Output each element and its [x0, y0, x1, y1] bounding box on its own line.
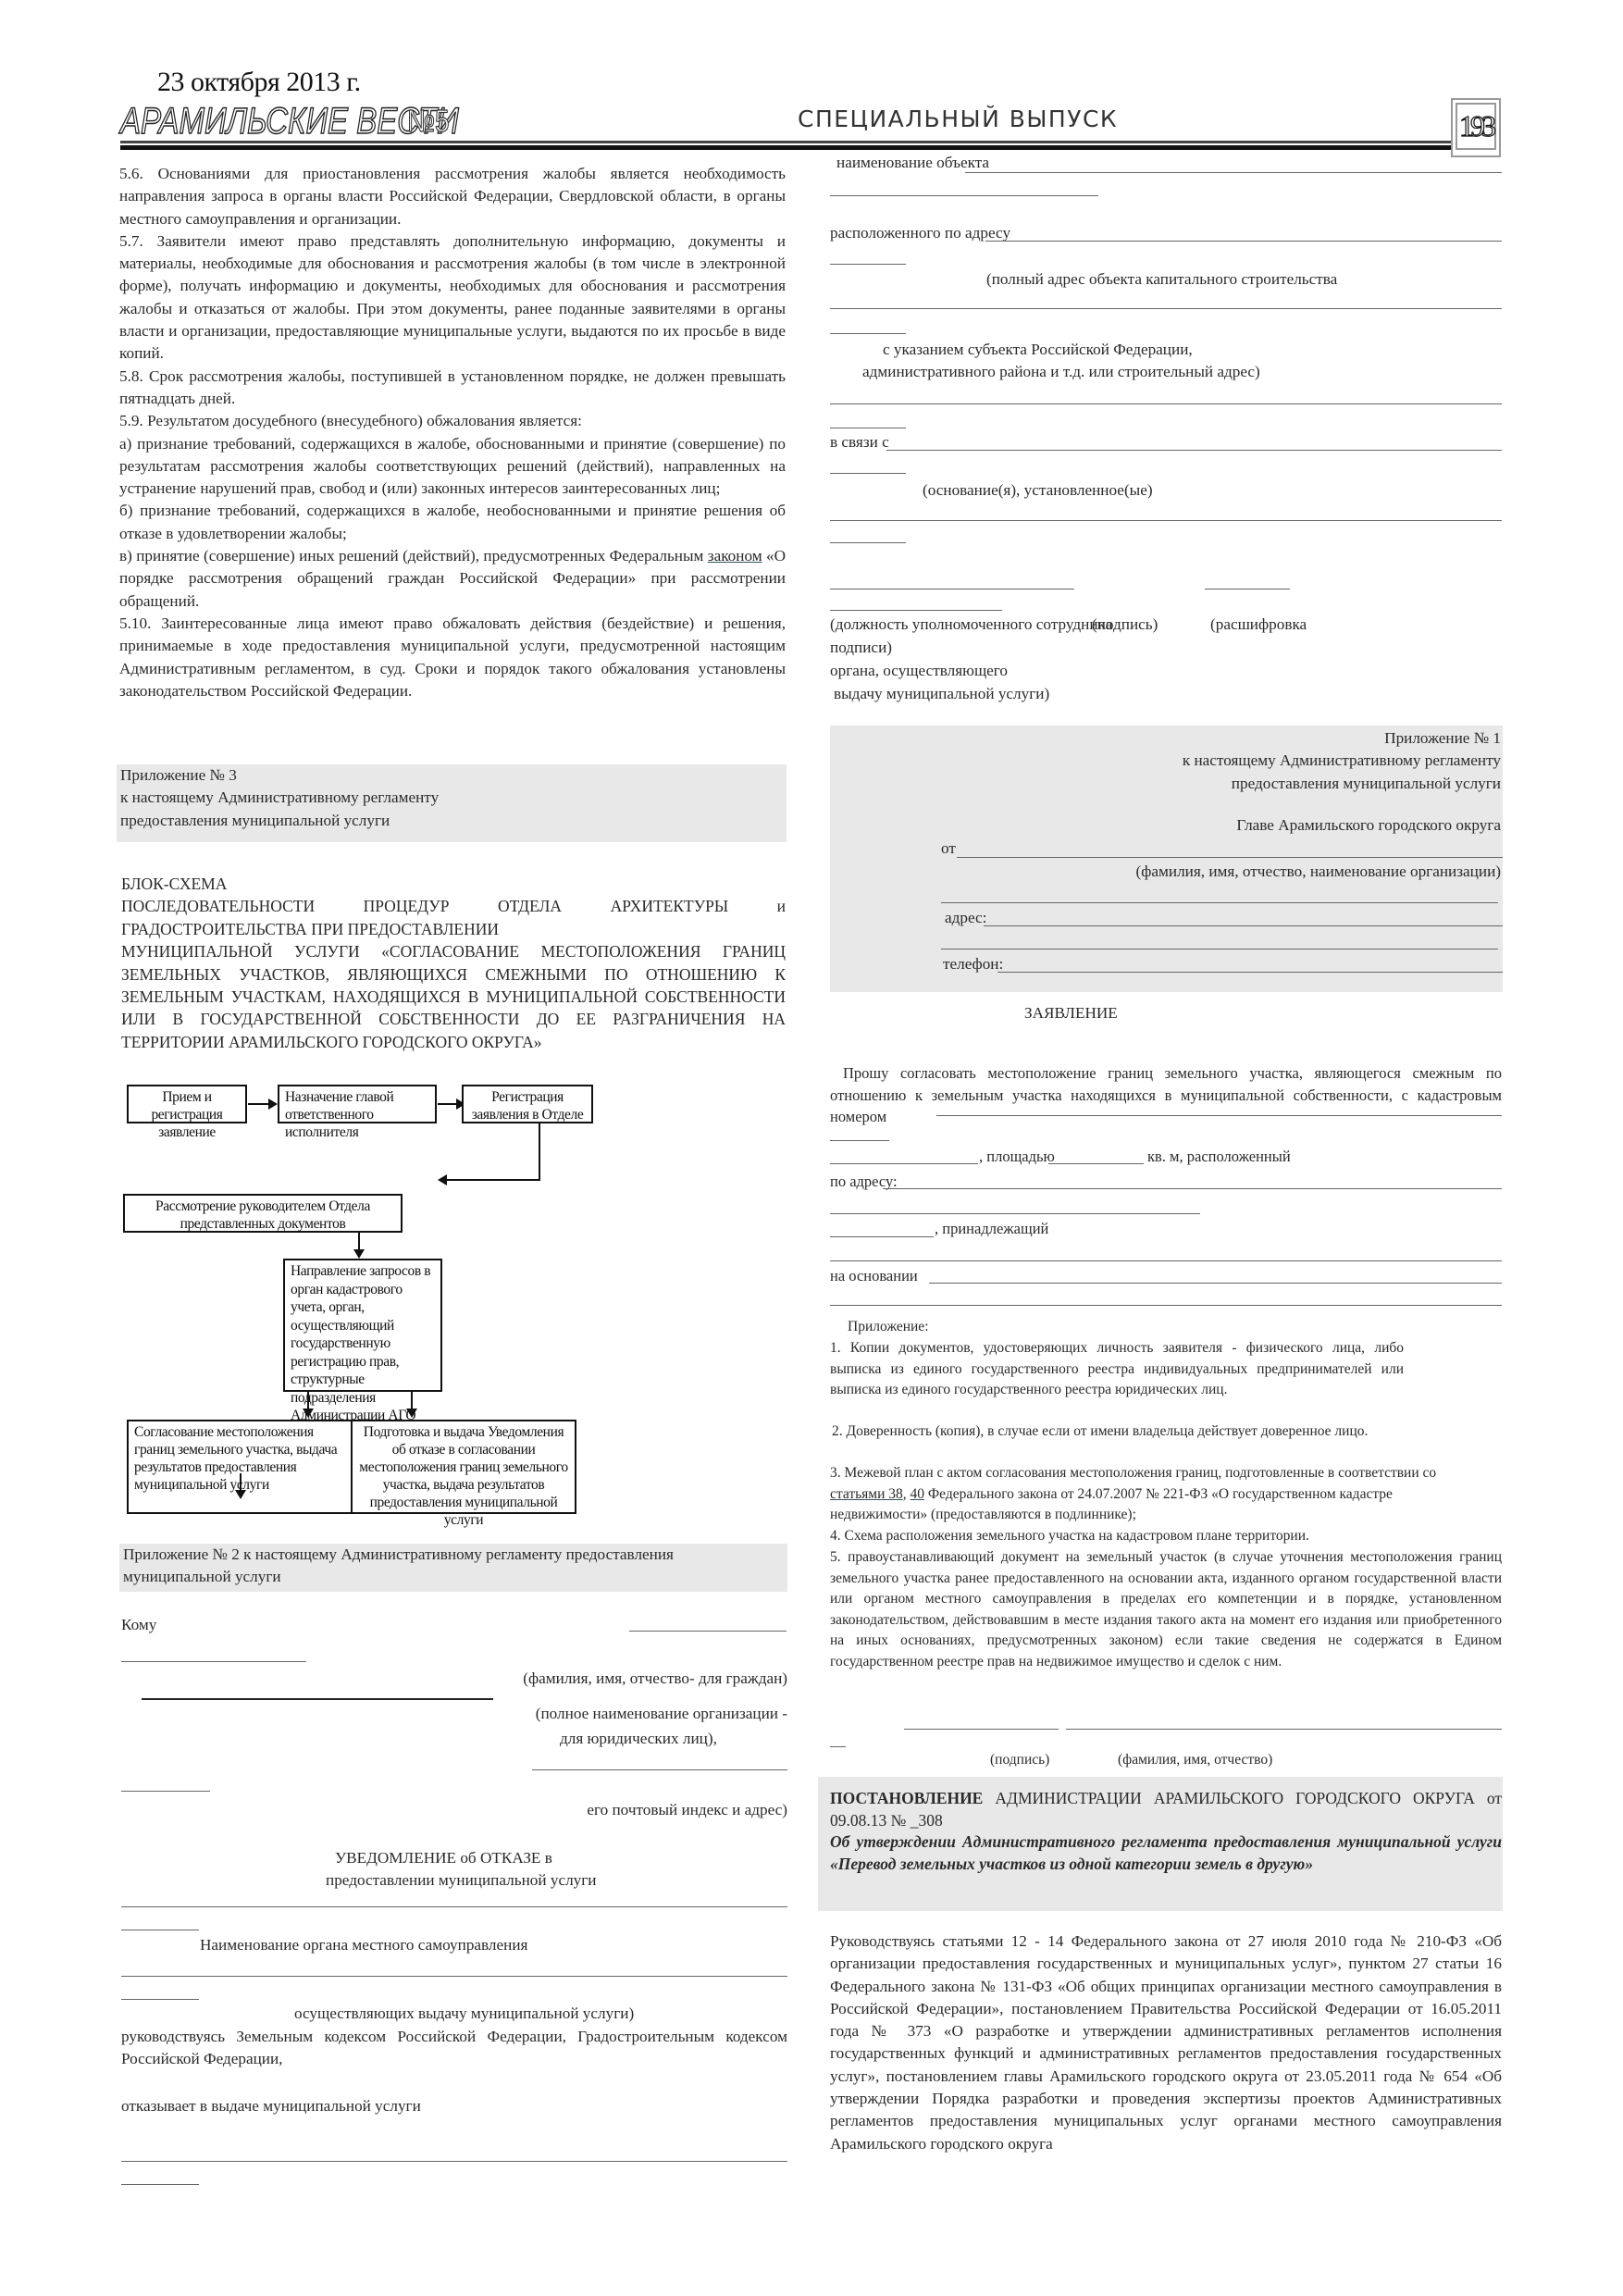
law-link[interactable]: законом: [708, 547, 762, 565]
flow-step-requests: Направление запросов в орган кадастровог…: [283, 1259, 442, 1392]
guided-by-text: руководствуясь Земельным кодексом Россий…: [121, 2026, 787, 2071]
arrow-left-icon: [438, 1174, 447, 1185]
blank-line: [121, 1930, 199, 1930]
blank-line: [830, 542, 906, 543]
fio-field[interactable]: [1066, 1729, 1502, 1730]
paragraph-5-9: 5.9. Результатом досудебного (внесудебно…: [119, 410, 786, 432]
page-number-box: 193: [1451, 98, 1501, 157]
blank-line: [965, 172, 1502, 173]
addressee: Главе Арамильского городского округа: [830, 814, 1501, 837]
flow-step-assign: Назначение главой ответственного исполни…: [278, 1085, 437, 1123]
flow-step-approve: Согласование местоположения границ земел…: [127, 1420, 353, 1514]
block-scheme-title: БЛОК-СХЕМА ПОСЛЕДОВАТЕЛЬНОСТИ ПРОЦЕДУР О…: [121, 873, 786, 1053]
request-text: Прошу согласовать местоположение границ …: [830, 1062, 1502, 1128]
issue-date: 23 октября 2013 г.: [157, 67, 361, 98]
from-label: от: [941, 838, 956, 860]
by-address-label: по адресу:: [830, 1171, 898, 1193]
note-fio: (фамилия, имя, отчество- для граждан): [121, 1668, 787, 1690]
address-note-2: с указанием субъекта Российской Федераци…: [883, 339, 1193, 361]
attachment-3-text: 3. Межевой план с актом согласования мес…: [830, 1465, 1436, 1481]
complaint-section: 5.6. Основаниями для приостановления рас…: [119, 163, 786, 702]
appendix-3-line: предоставления муниципальной услуги: [120, 810, 783, 832]
connector: [358, 1233, 360, 1251]
blank-line: [830, 1140, 889, 1141]
attachment-4: 4. Схема расположения земельного участка…: [830, 1526, 1502, 1547]
arrow-down-icon: [406, 1409, 417, 1418]
flowchart: Прием и регистрация заявление Назначение…: [121, 1083, 787, 1508]
blank-line[interactable]: [941, 902, 1498, 903]
address-field[interactable]: [984, 925, 1503, 926]
address-note: (полный адрес объекта капитального строи…: [986, 268, 1337, 291]
blank-line: [121, 1661, 306, 1662]
blank-line[interactable]: [830, 1236, 934, 1237]
note-org: (полное наименование организации -: [121, 1703, 787, 1725]
area-field[interactable]: [1048, 1163, 1144, 1164]
flow-step-register: Регистрация заявления в Отделе: [462, 1085, 593, 1123]
address-field[interactable]: [883, 1188, 1502, 1189]
arrow: [438, 1103, 458, 1105]
blank-line: [142, 1698, 493, 1700]
object-name-label: наименование объекта: [836, 152, 989, 174]
header-rule: [120, 141, 1453, 143]
arrow-down-icon: [303, 1409, 314, 1418]
decree-type: ПОСТАНОВЛЕНИЕ: [830, 1789, 983, 1807]
blank-line: [121, 1999, 199, 2000]
flow-step-receipt: Прием и регистрация заявление: [127, 1085, 247, 1123]
appendix-3-heading: Приложение № 3 к настоящему Администрати…: [117, 764, 787, 842]
statement-title: ЗАЯВЛЕНИЕ: [1024, 1002, 1118, 1024]
signature-line: [830, 589, 1074, 590]
connector: [539, 1123, 540, 1181]
paragraph-5-7: 5.7. Заявители имеют право представлять …: [119, 230, 786, 366]
attachment-3: 3. Межевой план с актом согласования мес…: [830, 1463, 1478, 1526]
blank-line: [830, 333, 906, 334]
from-field[interactable]: [957, 857, 1503, 858]
article-38-link[interactable]: статьями 38: [830, 1486, 903, 1502]
decree-subject: Об утверждении Административного регламе…: [830, 1831, 1502, 1875]
attachment-5: 5. правоустанавливающий документ на земе…: [830, 1547, 1502, 1672]
blank-line[interactable]: [941, 949, 1498, 949]
org-note: осуществляющих выдачу муниципальной услу…: [294, 2003, 634, 2025]
article-40-link[interactable]: 40: [911, 1486, 925, 1502]
grounds-note: (основание(я), установленное(ые): [923, 479, 1153, 502]
refuses-text: отказывает в выдаче муниципальной услуги: [121, 2095, 421, 2117]
blank-line: [886, 450, 1502, 451]
arrow-down-icon: [235, 1490, 246, 1499]
signature-field[interactable]: [904, 1729, 1059, 1730]
signature-line: [830, 610, 1002, 611]
scheme-subtitle: ПОСЛЕДОВАТЕЛЬНОСТИ ПРОЦЕДУР ОТДЕЛА АРХИТ…: [121, 895, 786, 940]
blank-line[interactable]: [830, 1305, 1502, 1306]
blank-line: [830, 473, 906, 474]
appendix-1-line: к настоящему Административному регламент…: [830, 750, 1501, 772]
sig-decode-2: подписи): [830, 637, 892, 659]
appendix-1-heading: Приложение № 1 к настоящему Администрати…: [830, 727, 1501, 795]
sig-position: (должность уполномоченного сотрудника: [830, 614, 1112, 636]
blank-line: [121, 1906, 787, 1907]
blank-line: [985, 241, 1502, 242]
blank-line[interactable]: [830, 1213, 1200, 1214]
blank-line: [830, 264, 906, 265]
blank-line: [830, 428, 906, 428]
blank-line: [532, 1769, 787, 1770]
connector: [307, 1392, 309, 1410]
appendix-2-heading: Приложение № 2 к настоящему Администрати…: [119, 1544, 787, 1592]
sqm-label: кв. м, расположенный: [1147, 1146, 1291, 1168]
header-rule-thick: [120, 145, 1453, 150]
blank-line: [830, 308, 1502, 309]
sig-signature: (подпись): [1092, 614, 1158, 636]
blank-line: [830, 195, 1098, 196]
appendix-3-title: Приложение № 3: [120, 764, 783, 787]
to-label: Кому: [121, 1614, 156, 1636]
paragraph-5-6: 5.6. Основаниями для приостановления рас…: [119, 163, 786, 230]
attachment-2: 2. Доверенность (копия), в случае если о…: [832, 1421, 1387, 1443]
note-org-2: для юридических лиц),: [560, 1728, 717, 1750]
cadastral-number-field[interactable]: [936, 1115, 1502, 1116]
paragraph-5-10: 5.10. Заинтересованные лица имеют право …: [119, 613, 786, 702]
basis-field[interactable]: [929, 1283, 1502, 1284]
blank-line: [121, 1976, 787, 1977]
area-label: , площадью: [979, 1146, 1055, 1168]
decree-body: Руководствуясь статьями 12 - 14 Федераль…: [830, 1930, 1502, 2155]
from-note: (фамилия, имя, отчество, наименование ор…: [830, 861, 1501, 883]
blank-line[interactable]: [830, 1163, 978, 1164]
belonging-label: , принадлежащий: [935, 1218, 1048, 1240]
arrow: [248, 1103, 270, 1105]
notice-title: УВЕДОМЛЕНИЕ об ОТКАЗЕ в: [335, 1847, 552, 1869]
blank-line: [830, 520, 1502, 521]
sig-org: органа, осуществляющего: [830, 660, 1008, 682]
signature-label: (подпись): [990, 1749, 1049, 1771]
connector: [411, 1392, 413, 1410]
blank-line[interactable]: [830, 1260, 1502, 1261]
note-address: его почтовый индекс и адрес): [121, 1799, 787, 1821]
blank-line: [121, 2184, 199, 2185]
blank-line: [121, 2161, 787, 2162]
phone-field[interactable]: [997, 972, 1503, 973]
blank-line: [830, 1746, 846, 1747]
arrow-right-icon: [268, 1098, 278, 1110]
connector: [240, 1473, 242, 1492]
section-title: СПЕЦИАЛЬНЫЙ ВЫПУСК: [798, 105, 1118, 132]
signature-line: [1205, 589, 1290, 590]
paragraph-v: в) принятие (совершение) иных решений (д…: [119, 545, 786, 613]
sig-decode: (расшифровка: [1210, 614, 1307, 636]
flow-step-review: Рассмотрение руководителем Отдела предст…: [123, 1194, 403, 1233]
page-number: 193: [1456, 103, 1496, 150]
fio-label: (фамилия, имя, отчество): [1118, 1749, 1272, 1771]
flow-step-refusal: Подготовка и выдача Уведомления об отказ…: [351, 1420, 576, 1514]
paragraph-b: б) признание требований, содержащихся в …: [119, 500, 786, 545]
blank-line: [830, 403, 1502, 404]
appendix-3-line: к настоящему Административному регламент…: [120, 787, 783, 809]
located-label: расположенного по адресу: [830, 222, 1010, 244]
issue-number: №5: [407, 104, 450, 139]
attachment-1: 1. Копии документов, удостоверяющих личн…: [830, 1338, 1404, 1401]
paragraph-5-8: 5.8. Срок рассмотрения жалобы, поступивш…: [119, 366, 786, 411]
paragraph-a: а) признание требований, содержащихся в …: [119, 433, 786, 501]
attachments-title: Приложение:: [848, 1317, 929, 1338]
address-label: адрес:: [945, 907, 986, 929]
blank-line: [121, 1791, 210, 1792]
arrow-down-icon: [353, 1249, 365, 1259]
paragraph-v-text: в) принятие (совершение) иных решений (д…: [119, 547, 708, 565]
notice-subtitle: предоставлении муниципальной услуги: [326, 1869, 597, 1892]
sig-org-2: выдачу муниципальной услуги): [834, 683, 1049, 705]
due-to-label: в связи с: [830, 431, 889, 453]
phone-label: телефон:: [943, 953, 1003, 975]
blank-line: [629, 1631, 787, 1632]
appendix-1-line: предоставления муниципальной услуги: [830, 773, 1501, 795]
decree-heading: ПОСТАНОВЛЕНИЕ АДМИНИСТРАЦИИ АРАМИЛЬСКОГО…: [830, 1788, 1502, 1831]
org-name-label: Наименование органа местного самоуправле…: [200, 1934, 527, 1956]
address-note-3: административного района и т.д. или стро…: [862, 361, 1260, 383]
scheme-subtitle: МУНИЦИПАЛЬНОЙ УСЛУГИ «СОГЛАСОВАНИЕ МЕСТО…: [121, 940, 786, 1053]
appendix-1-title: Приложение № 1: [830, 727, 1501, 750]
connector: [445, 1179, 540, 1181]
scheme-title: БЛОК-СХЕМА: [121, 873, 786, 895]
on-basis-label: на основании: [830, 1265, 918, 1287]
